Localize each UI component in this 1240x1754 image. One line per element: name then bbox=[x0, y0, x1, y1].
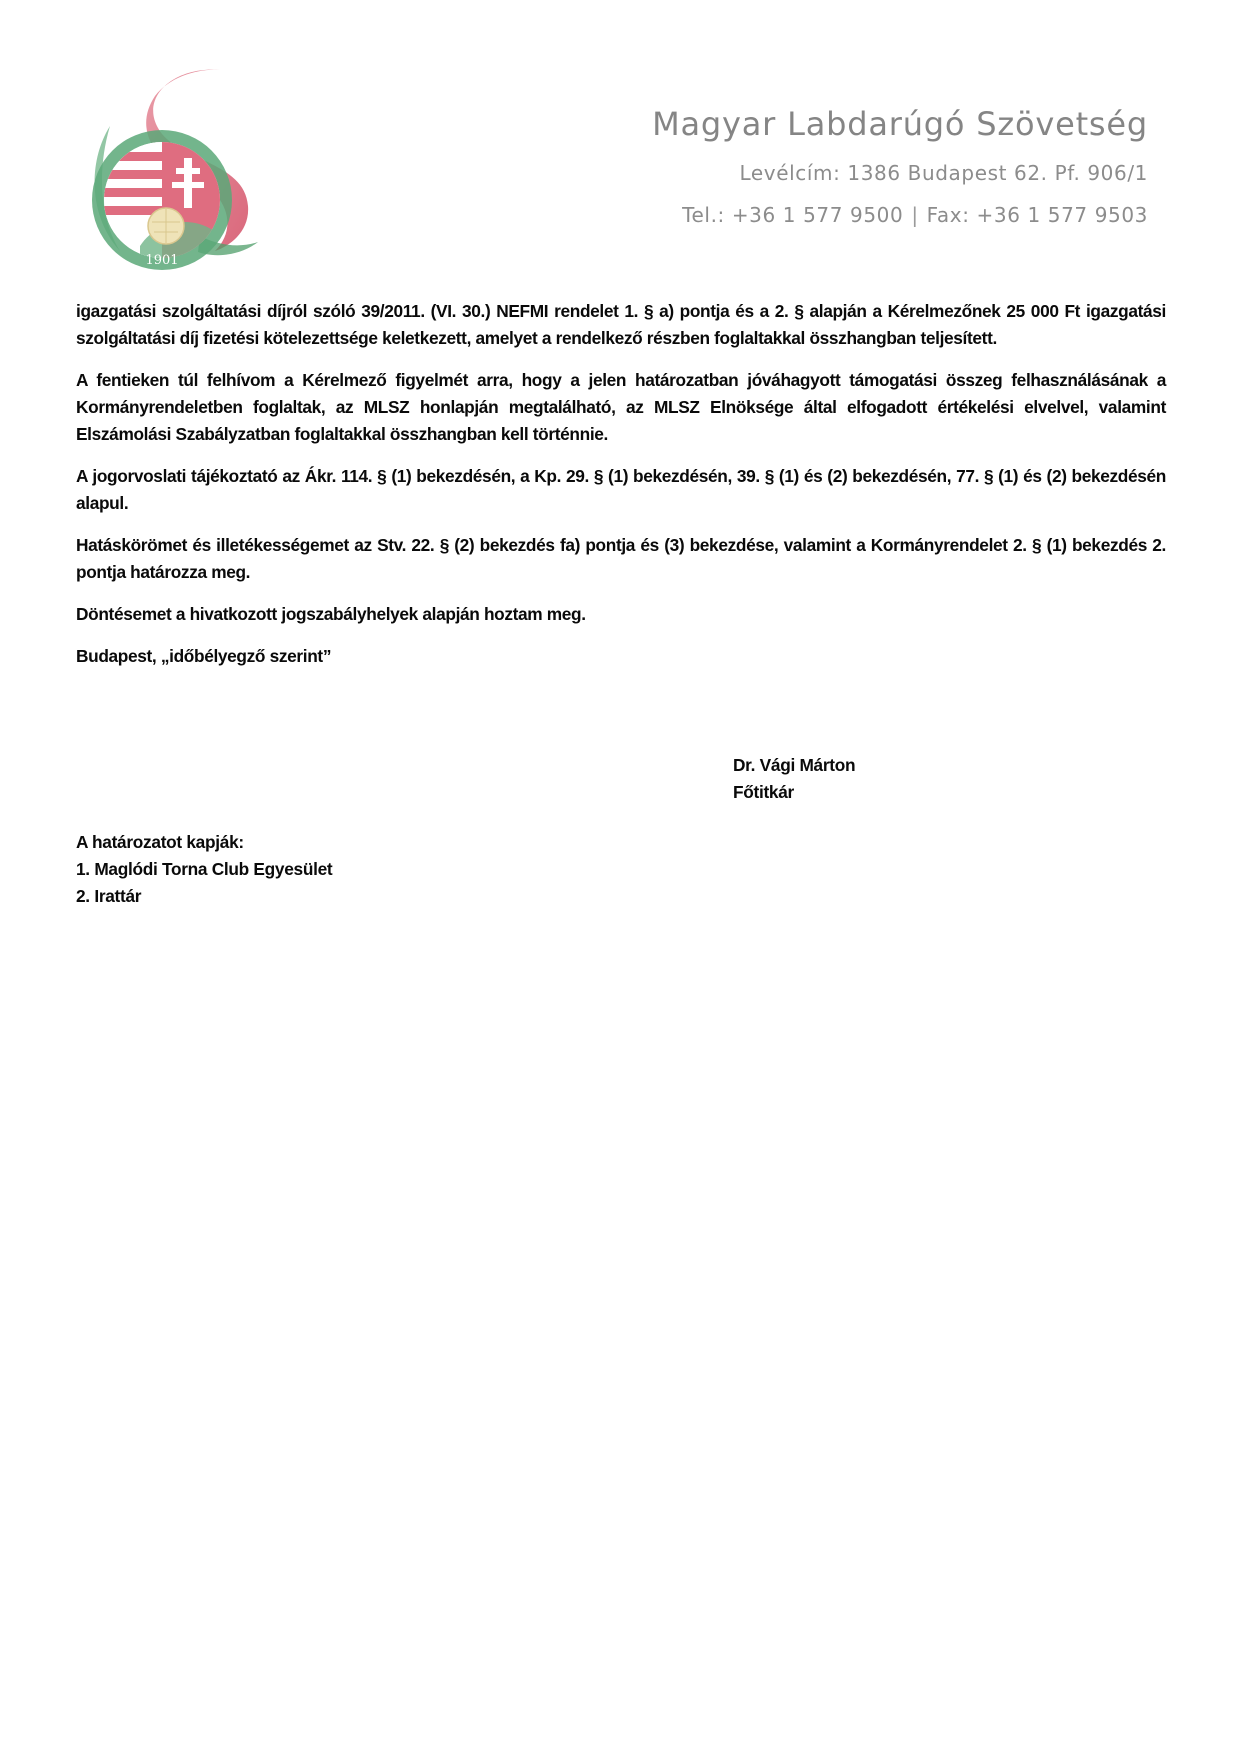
recipients-list: 1. Maglódi Torna Club Egyesület 2. Iratt… bbox=[76, 856, 332, 910]
paragraph-legal-remedy: A jogorvoslati tájékoztató az Ákr. 114. … bbox=[76, 463, 1166, 517]
recipients-block: A határozatot kapják: 1. Maglódi Torna C… bbox=[76, 829, 332, 910]
contact-separator: | bbox=[911, 202, 918, 228]
paragraph-decision: Döntésemet a hivatkozott jogszabályhelye… bbox=[76, 601, 1166, 628]
mlsz-crest-icon: 1901 bbox=[80, 66, 290, 276]
phone-number: Tel.: +36 1 577 9500 bbox=[682, 203, 903, 227]
fax-number: Fax: +36 1 577 9503 bbox=[927, 203, 1148, 227]
mlsz-logo: 1901 bbox=[80, 66, 290, 276]
signature-block: Dr. Vági Márton Főtitkár bbox=[733, 752, 855, 806]
recipients-heading: A határozatot kapják: bbox=[76, 829, 332, 856]
signatory-title: Főtitkár bbox=[733, 779, 855, 806]
paragraph-competence: Hatáskörömet és illetékességemet az Stv.… bbox=[76, 532, 1166, 586]
signatory-name: Dr. Vági Márton bbox=[733, 752, 855, 779]
organization-name: Magyar Labdarúgó Szövetség bbox=[652, 104, 1148, 144]
place-date: Budapest, „időbélyegző szerint” bbox=[76, 643, 1166, 670]
svg-text:1901: 1901 bbox=[145, 253, 178, 268]
letterhead: Magyar Labdarúgó Szövetség Levélcím: 138… bbox=[652, 104, 1148, 228]
postal-address: Levélcím: 1386 Budapest 62. Pf. 906/1 bbox=[652, 160, 1148, 186]
document-body: igazgatási szolgáltatási díjról szóló 39… bbox=[76, 298, 1166, 685]
paragraph-usage-notice: A fentieken túl felhívom a Kérelmező fig… bbox=[76, 367, 1166, 448]
list-item: 2. Irattár bbox=[76, 883, 332, 910]
paragraph-fee: igazgatási szolgáltatási díjról szóló 39… bbox=[76, 298, 1166, 352]
contact-line: Tel.: +36 1 577 9500|Fax: +36 1 577 9503 bbox=[652, 202, 1148, 228]
list-item: 1. Maglódi Torna Club Egyesület bbox=[76, 856, 332, 883]
